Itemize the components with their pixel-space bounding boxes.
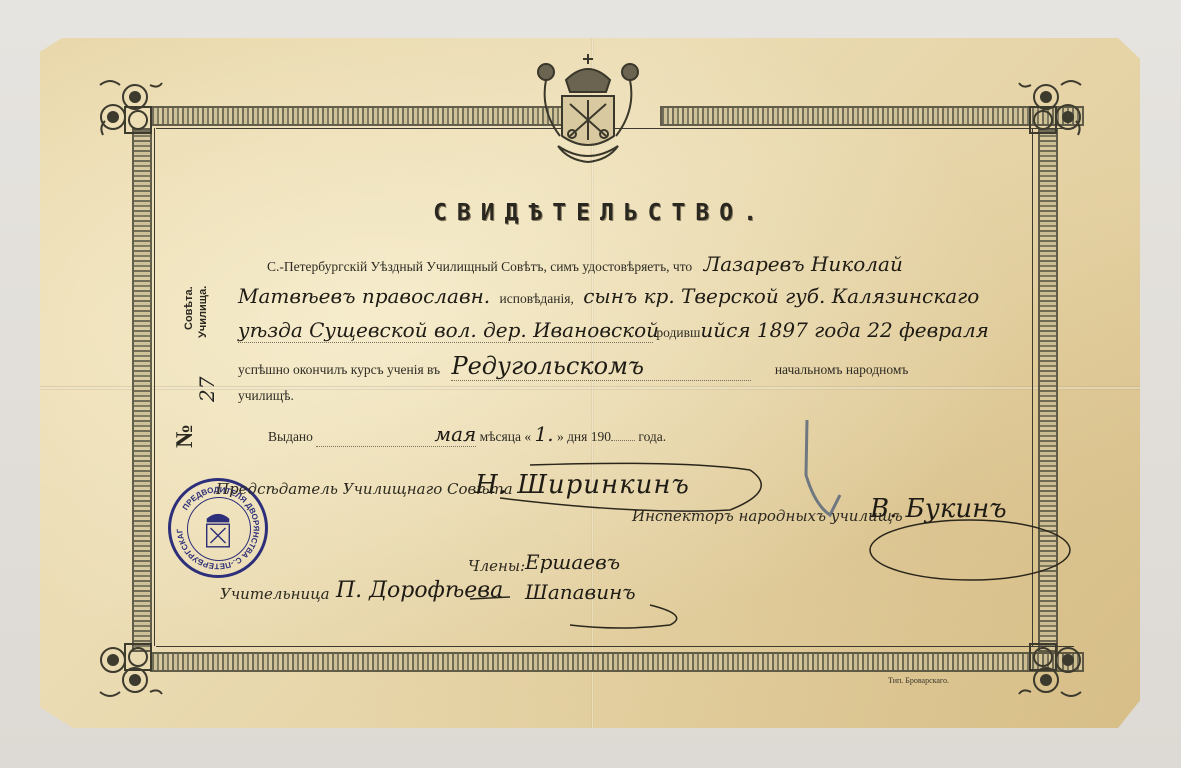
certificate-title: СВИДѢТЕЛЬСТВО. xyxy=(430,200,770,226)
issue-date-line: Выдано мая мѣсяца « 1. » дня 190 года. xyxy=(268,422,666,447)
signature-flourish-icon xyxy=(470,585,700,635)
patronymic-religion: Матвѣевъ православн. xyxy=(238,284,490,308)
printed-text: мѣсяца « xyxy=(480,429,531,444)
origin-province: сынъ кр. Тверской губ. Калязинскаго xyxy=(583,284,979,308)
printed-text: » дня 190 xyxy=(557,429,611,444)
student-name: Лазаревъ Николай xyxy=(704,252,903,276)
side-label-school: Училища. xyxy=(197,286,209,338)
certificate-number: 27 xyxy=(195,377,219,402)
printer-imprint: Тип. Броварскаго. xyxy=(888,676,949,685)
printed-text: С.-Петербургскій Уѣздный Училищный Совѣт… xyxy=(267,259,692,274)
number-prefix: № xyxy=(172,424,199,448)
issued-month: мая xyxy=(316,422,476,447)
issued-day: 1. xyxy=(534,422,553,446)
rosette-corner-icon xyxy=(95,632,165,702)
printed-text: успѣшно окончилъ курсъ ученія въ xyxy=(238,362,440,377)
inner-rule-left xyxy=(154,128,155,646)
teacher-label: Учительница xyxy=(220,585,330,603)
body-line-1: С.-Петербургскій Уѣздный Училищный Совѣт… xyxy=(267,252,903,276)
rosette-corner-icon xyxy=(95,75,165,145)
issued-label: Выдано xyxy=(268,429,313,444)
rosette-corner-icon xyxy=(1016,75,1086,145)
member-signature: Ершаевъ xyxy=(525,550,620,574)
origin-village: уѣзда Сущевской вол. дер. Ивановской xyxy=(238,318,653,343)
chairman-label: Предсѣдатель Училищнаго Совѣта xyxy=(216,480,513,498)
body-line-3: уѣзда Сущевской вол. дер. Ивановской род… xyxy=(238,318,989,343)
body-line-5: училищѣ. xyxy=(238,388,294,404)
printed-text: начальномъ народномъ xyxy=(775,362,909,377)
body-line-2: Матвѣевъ православн. исповѣданія, сынъ к… xyxy=(238,284,979,308)
rosette-corner-icon xyxy=(1016,632,1086,702)
members-label: Члены: xyxy=(468,557,525,575)
printed-text: исповѣданія, xyxy=(500,291,574,306)
body-line-4: успѣшно окончилъ курсъ ученія въ Редугол… xyxy=(238,352,908,381)
printed-text: года. xyxy=(638,429,666,444)
st-petersburg-coat-of-arms-icon xyxy=(528,50,648,175)
border-band-bottom xyxy=(150,652,1084,672)
signature-flourish-icon xyxy=(860,490,1080,590)
school-name: Редугольскомъ xyxy=(451,352,751,381)
border-band-left xyxy=(132,128,152,652)
inner-rule-bottom xyxy=(156,646,1074,647)
printed-text: родивш xyxy=(656,325,700,340)
side-label-council: Совѣта. xyxy=(183,286,195,330)
birth-date: ийся 1897 года 22 февраля xyxy=(700,318,989,342)
